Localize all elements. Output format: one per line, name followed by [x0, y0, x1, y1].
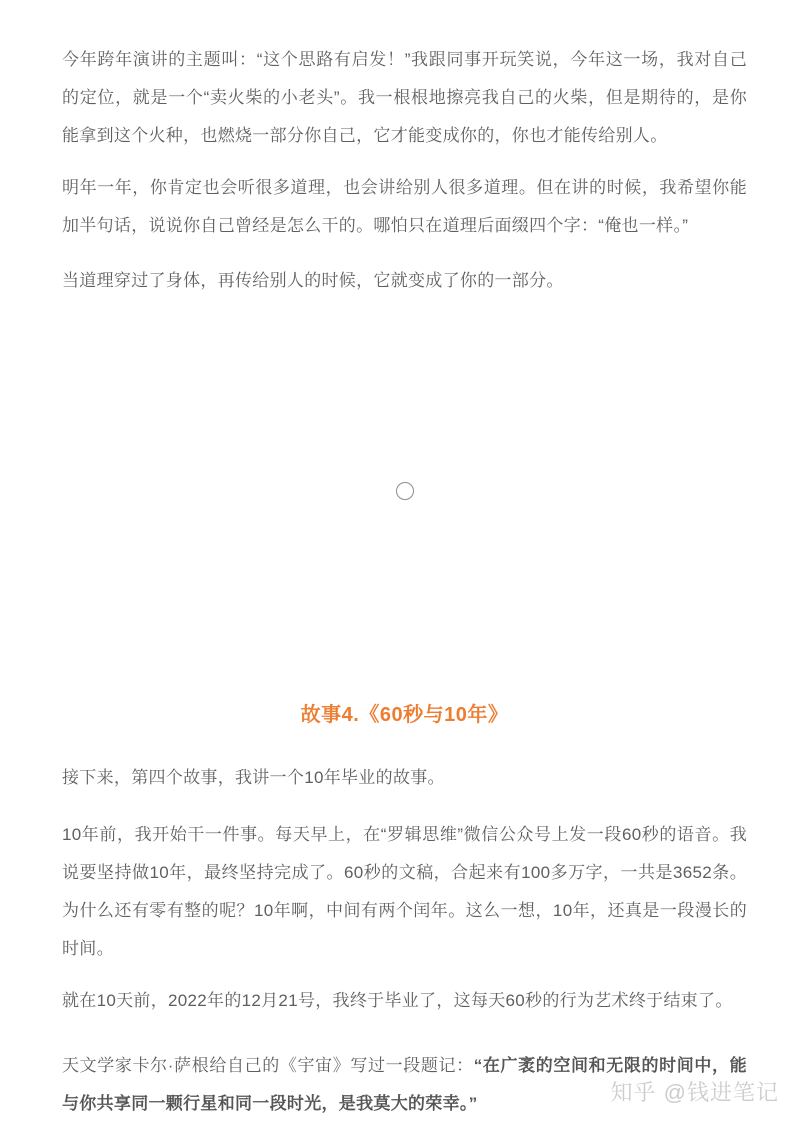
paragraph: 今年跨年演讲的主题叫：“这个思路有启发！”我跟同事开玩笑说，今年这一场，我对自己… [62, 41, 747, 155]
quote-lead: 天文学家卡尔·萨根给自己的《宇宙》写过一段题记： [62, 1056, 474, 1075]
paragraph: 10年前，我开始干一件事。每天早上，在“罗辑思维”微信公众号上发一段60秒的语音… [62, 816, 747, 968]
paragraph: 就在10天前，2022年的12月21号，我终于毕业了，这每天60秒的行为艺术终于… [62, 982, 747, 1020]
zhihu-watermark: 知乎 @钱进笔记 [611, 1080, 779, 1106]
paragraph: 接下来，第四个故事，我讲一个10年毕业的故事。 [62, 759, 747, 797]
paragraph: 明年一年，你肯定也会听很多道理，也会讲给别人很多道理。但在讲的时候，我希望你能加… [62, 169, 747, 245]
section-heading: 故事4.《60秒与10年》 [62, 700, 747, 730]
paragraph: 当道理穿过了身体，再传给别人的时候，它就变成了你的一部分。 [62, 262, 747, 300]
article-body: 今年跨年演讲的主题叫：“这个思路有启发！”我跟同事开玩笑说，今年这一场，我对自己… [0, 0, 793, 1123]
image-placeholder-row [62, 482, 747, 500]
image-placeholder-circle-icon [396, 482, 414, 500]
